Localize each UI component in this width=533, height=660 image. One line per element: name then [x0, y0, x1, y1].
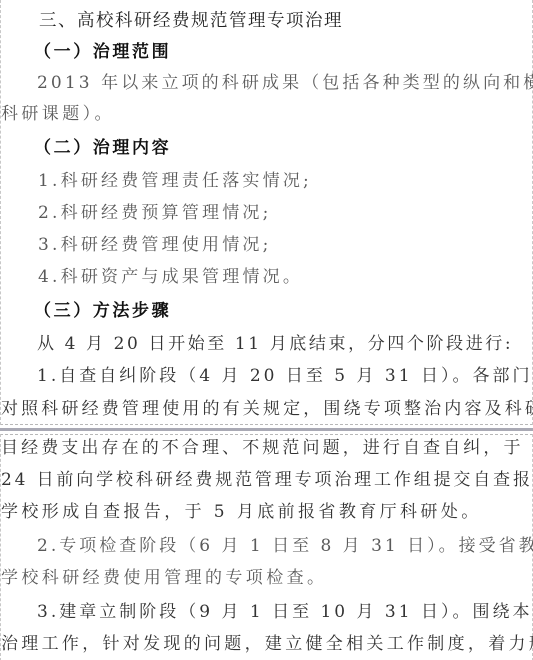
paragraph-line: 对照科研经费管理使用的有关规定，围绕专项整治内容及科研项: [1, 394, 528, 424]
subsection-heading-content: （二）治理内容: [1, 133, 528, 163]
paragraph-line: 治理工作，针对发现的问题，建立健全相关工作制度，着力形成: [1, 629, 528, 659]
paragraph-line: 学校科研经费使用管理的专项检查。: [1, 563, 528, 593]
list-item: 2.科研经费预算管理情况;: [1, 198, 528, 228]
list-item: 4.科研资产与成果管理情况。: [1, 262, 528, 292]
paragraph-line: 3.建章立制阶段（9 月 1 日至 10 月 31 日）。围绕本次专项: [1, 597, 528, 627]
page-break-band: [0, 428, 533, 431]
paragraph-line: 学校形成自查报告，于 5 月底前报省教育厅科研处。: [1, 497, 528, 527]
list-item: 3.科研经费管理使用情况;: [1, 230, 528, 260]
list-item: 1.科研经费管理责任落实情况;: [1, 166, 528, 196]
document-page-2: 目经费支出存在的不合理、不规范问题，进行自查自纠，于 5 月 24 日前向学校科…: [0, 434, 533, 660]
paragraph-line: 2013 年以来立项的科研成果（包括各种类型的纵向和横向: [1, 68, 528, 98]
paragraph-line: 科研课题）。: [1, 99, 528, 129]
paragraph-line: 从 4 月 20 日开始至 11 月底结束，分四个阶段进行:: [1, 329, 528, 359]
section-title: 三、高校科研经费规范管理专项治理: [1, 6, 528, 36]
document-page-1: 三、高校科研经费规范管理专项治理 （一）治理范围 2013 年以来立项的科研成果…: [0, 0, 533, 425]
paragraph-line: 目经费支出存在的不合理、不规范问题，进行自查自纠，于 5 月: [1, 433, 528, 463]
paragraph-line: 24 日前向学校科研经费规范管理专项治理工作组提交自查报告。: [1, 465, 528, 495]
paragraph-line: 2.专项检查阶段（6 月 1 日至 8 月 31 日）。接受省教育厅对: [1, 531, 528, 561]
subsection-heading-scope: （一）治理范围: [1, 37, 528, 67]
paragraph-line: 1.自查自纠阶段（4 月 20 日至 5 月 31 日）。各部门、单位: [1, 361, 528, 391]
subsection-heading-method: （三）方法步骤: [1, 296, 528, 326]
